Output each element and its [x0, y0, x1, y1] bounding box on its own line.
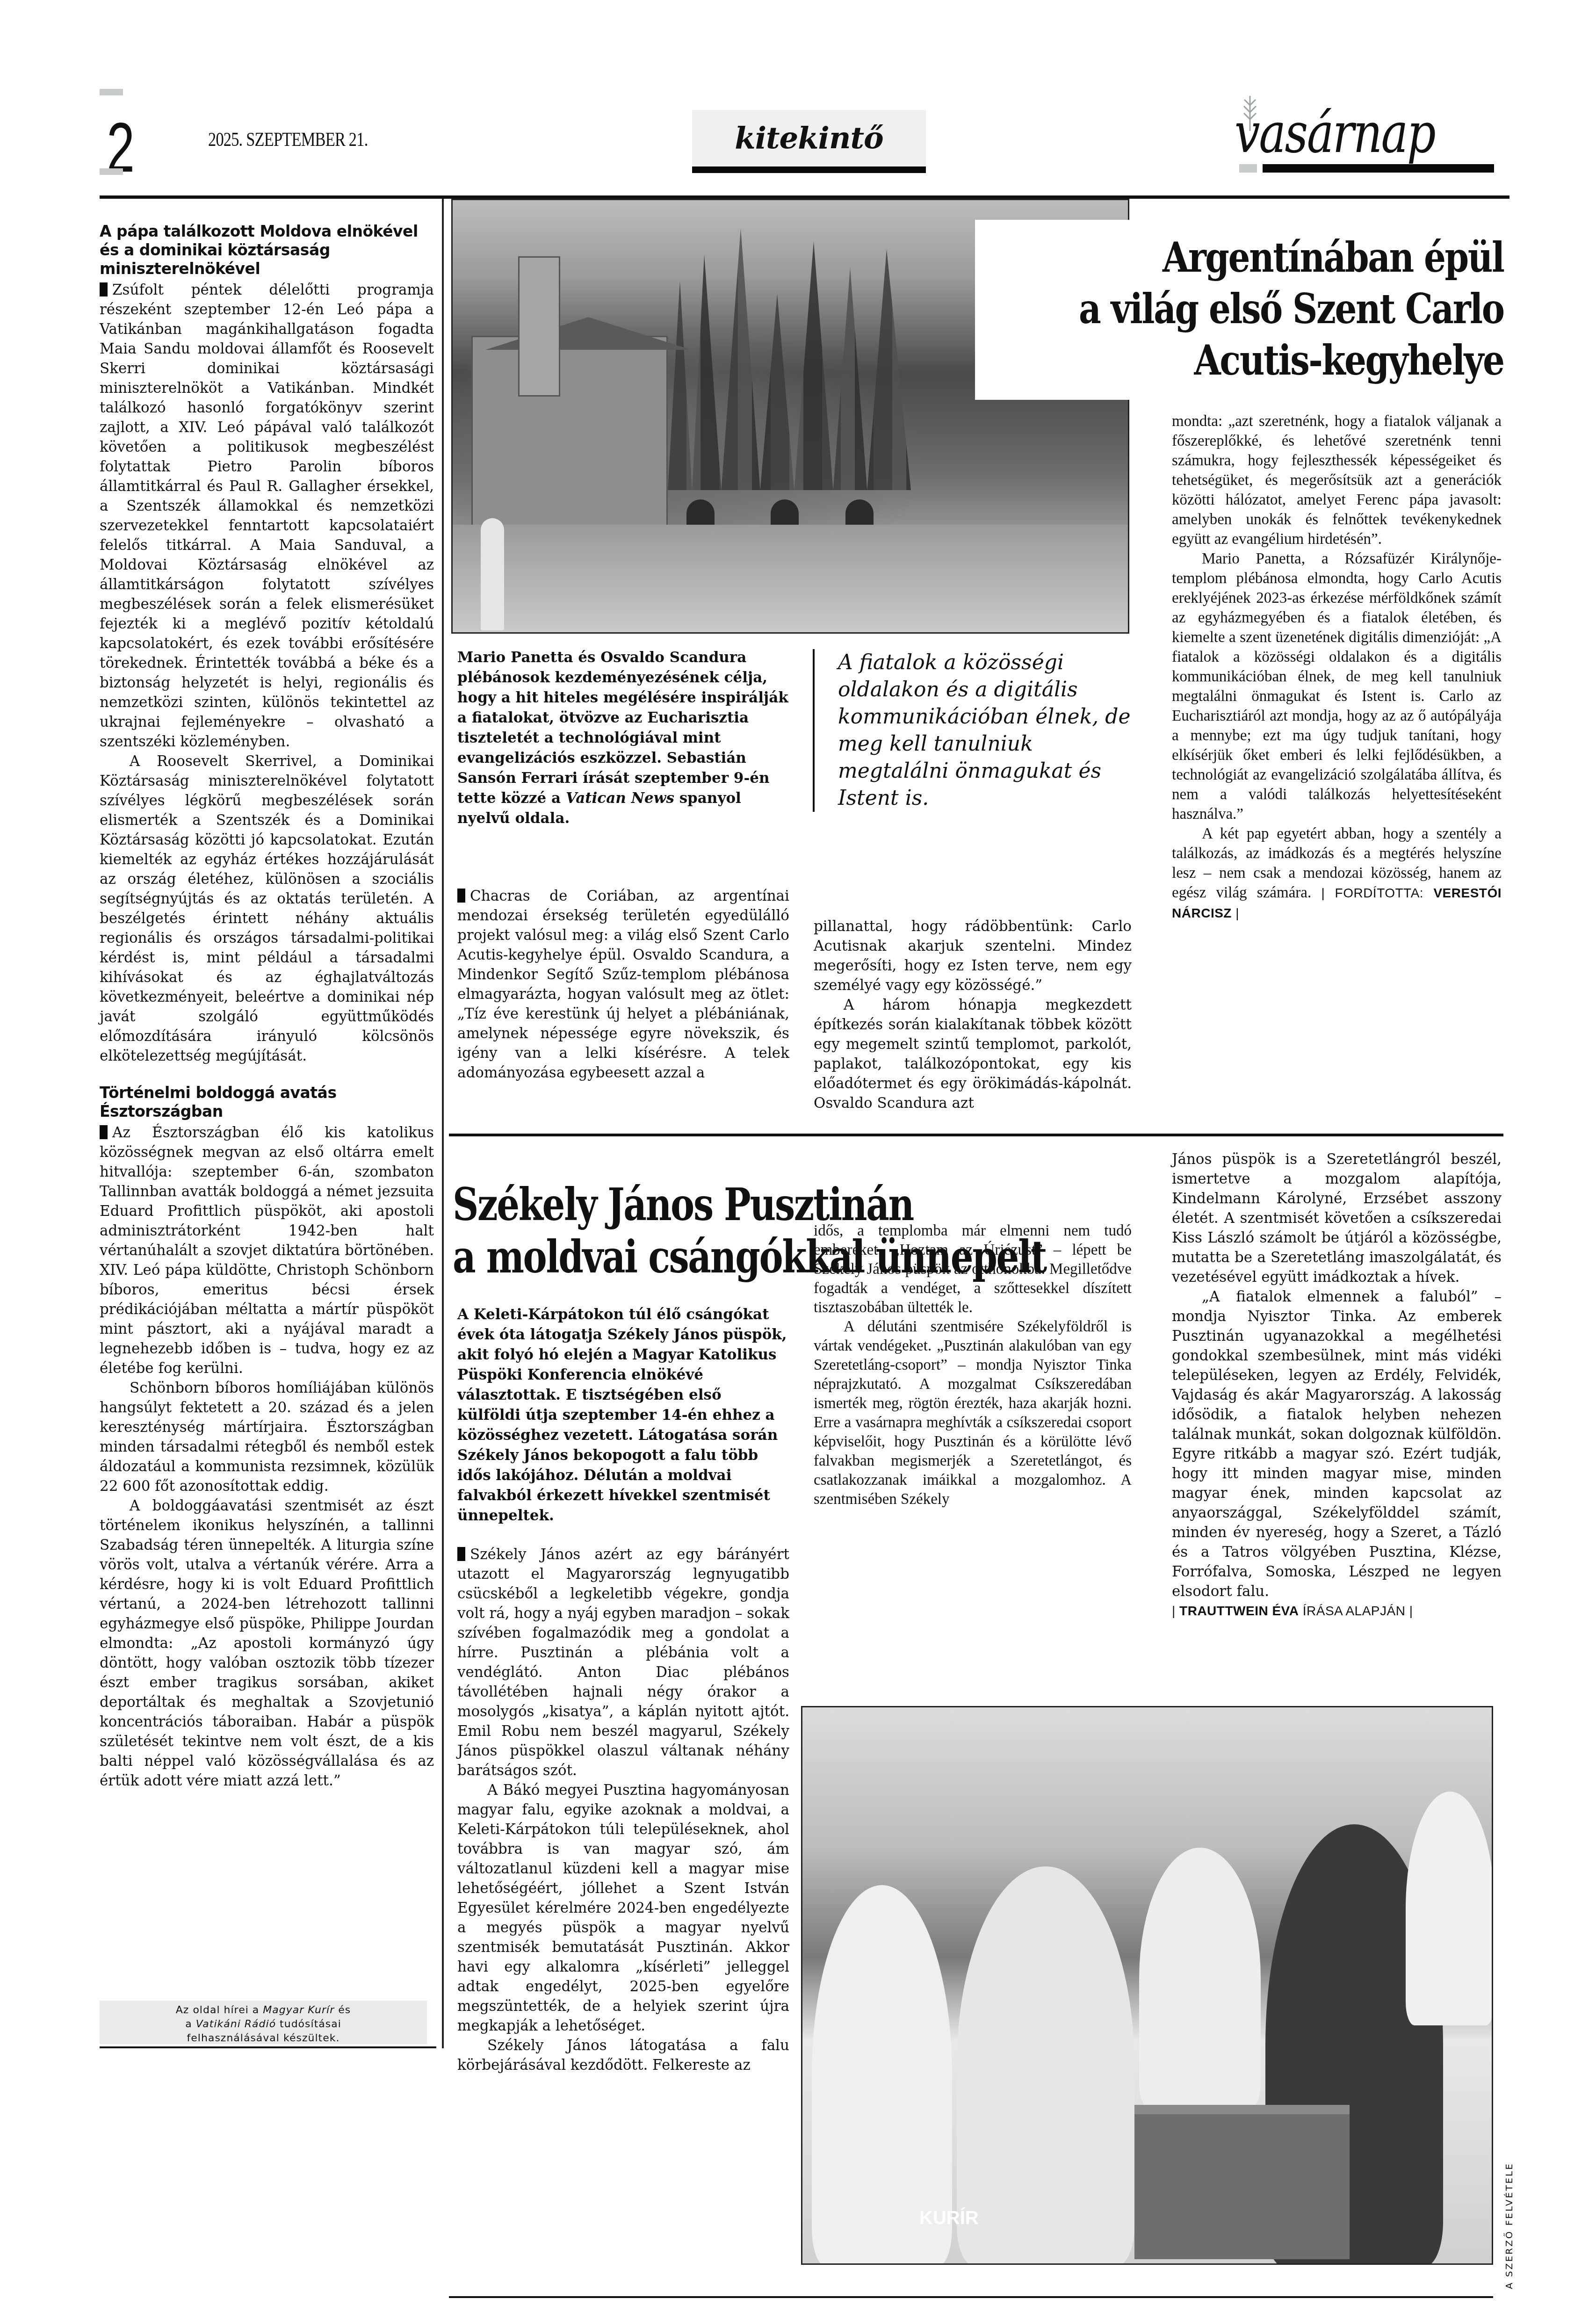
pull-quote: A fiatalok a közösségi oldalakon és a di…: [813, 649, 1131, 812]
article-paragraph: Mario Panetta, a Rózsafüzér Királynője-t…: [1172, 549, 1502, 824]
photo-credit: A SZERZŐ FELVÉTELE: [1503, 2162, 1515, 2289]
news-briefs-column: A pápa találkozott Moldova elnökével és …: [100, 222, 434, 1791]
article-lead: A Keleti-Kárpátokon túl élő csángókat év…: [457, 1305, 789, 1526]
article-lead: Mario Panetta és Osvaldo Scandura plébán…: [457, 648, 789, 829]
column-divider-left: [442, 199, 444, 2048]
brief-paragraph: A Roosevelt Skerrivel, a Dominikai Köztá…: [100, 752, 434, 1066]
article-byline: | TRAUTTWEIN ÉVA ÍRÁSA ALAPJÁN |: [1172, 1601, 1502, 1621]
brief-paragraph: Schönborn bíboros homíliájában különös h…: [100, 1378, 434, 1496]
header-rule: [100, 195, 1509, 199]
news-brief-estonia: Történelmi boldoggá avatás Észtországban…: [100, 1084, 434, 1791]
article-column-1: A Keleti-Kárpátokon túl élő csángókat év…: [457, 1305, 789, 2075]
photo-bell-tower: [518, 256, 560, 397]
source-note: Az oldal hírei a Magyar Kurír és a Vatik…: [100, 2001, 427, 2044]
csango-congregation-photo: KURÍR: [801, 1706, 1493, 2265]
paragraph-marker-icon: [100, 282, 108, 296]
photo-figure: [1406, 1792, 1493, 2025]
page-number-bar-top: [100, 89, 123, 95]
photo-trees: [668, 228, 911, 490]
article-column-2: pillanattal, hogy rádöbbentünk: Carlo Ac…: [814, 917, 1132, 1113]
photo-figure: [957, 1866, 1134, 2265]
brief-paragraph: A boldoggáavatási szentmisét az észt tör…: [100, 1496, 434, 1791]
source-note-line-3: felhasználásával készültek.: [100, 2031, 427, 2045]
issue-date: 2025. SZEPTEMBER 21.: [208, 129, 368, 151]
left-column-bottom-rule: [100, 2046, 436, 2048]
article-paragraph: A három hónapja megkezdett építkezés sor…: [814, 995, 1132, 1113]
article-paragraph: A Bákó megyei Pusztina hagyományosan mag…: [457, 1780, 789, 2036]
brief-title: A pápa találkozott Moldova elnökével és …: [100, 222, 434, 278]
article-headline: Argentínában épül a világ első Szent Car…: [1079, 231, 1503, 386]
article-headline-box: Argentínában épül a világ első Szent Car…: [975, 220, 1503, 400]
article-column-3: mondta: „azt szeretnénk, hogy a fiatalok…: [1172, 412, 1502, 923]
article-paragraph: János püspök is a Szeretetlángról beszél…: [1172, 1149, 1502, 1287]
article-paragraph: mondta: „azt szeretnénk, hogy a fiatalok…: [1172, 412, 1502, 549]
masthead-rule-grey: [1239, 164, 1257, 173]
photo-watermark: KURÍR: [919, 2208, 979, 2229]
article-column-1: Chacras de Coriában, az argentínai mendo…: [457, 886, 789, 1083]
section-label-text: kitekintő: [735, 121, 883, 156]
page-bottom-rule: [449, 2296, 1493, 2298]
masthead-rule-black: [1263, 164, 1494, 173]
paragraph-marker-icon: [457, 1547, 465, 1561]
article-column-2: idős, a templomba már elmenni nem tudó e…: [814, 1221, 1132, 1509]
masthead-wordmark: vasárnap: [1235, 103, 1435, 164]
article-separator-rule: [449, 1134, 1503, 1136]
article-paragraph: A két pap egyetért abban, hogy a szentél…: [1172, 824, 1502, 923]
article-paragraph: Chacras de Coriában, az argentínai mendo…: [457, 886, 789, 1083]
article-column-3: János püspök is a Szeretetlángról beszél…: [1172, 1149, 1502, 1621]
news-brief-moldova: A pápa találkozott Moldova elnökével és …: [100, 222, 434, 1066]
article-paragraph: A délutáni szentmisére Székelyföldről is…: [814, 1317, 1132, 1509]
photo-plaza: [453, 525, 1128, 632]
article-paragraph: Székely János látogatása a falu körbejár…: [457, 2036, 789, 2075]
article-paragraph: pillanattal, hogy rádöbbentünk: Carlo Ac…: [814, 917, 1132, 995]
paragraph-marker-icon: [100, 1125, 108, 1139]
article-paragraph: „A fiatalok elmennek a faluból” – mondja…: [1172, 1287, 1502, 1601]
source-note-line-2: a Vatikáni Rádió tudósításai: [100, 2017, 427, 2031]
paragraph-marker-icon: [457, 889, 465, 903]
article-paragraph: Székely János azért az egy bárányért uta…: [457, 1545, 789, 1780]
article-paragraph: idős, a templomba már elmenni nem tudó e…: [814, 1221, 1132, 1317]
page-number-bar-bottom: [100, 168, 123, 175]
brief-body: Az Észtországban élő kis katolikus közös…: [100, 1123, 434, 1791]
brief-paragraph: Zsúfolt péntek délelőtti programja része…: [100, 280, 434, 752]
brief-body: Zsúfolt péntek délelőtti programja része…: [100, 280, 434, 1066]
photo-church-pew: [1134, 2105, 1350, 2259]
brief-title: Történelmi boldoggá avatás Észtországban: [100, 1084, 434, 1121]
masthead-logo: vasárnap: [1235, 91, 1496, 180]
source-note-line-1: Az oldal hírei a Magyar Kurír és: [100, 2003, 427, 2017]
section-label: kitekintő: [692, 110, 926, 173]
photo-church-roof: [485, 317, 691, 350]
photo-figure: [1139, 1848, 1261, 2110]
photo-statue: [481, 518, 504, 630]
brief-paragraph: Az Észtországban élő kis katolikus közös…: [100, 1123, 434, 1378]
